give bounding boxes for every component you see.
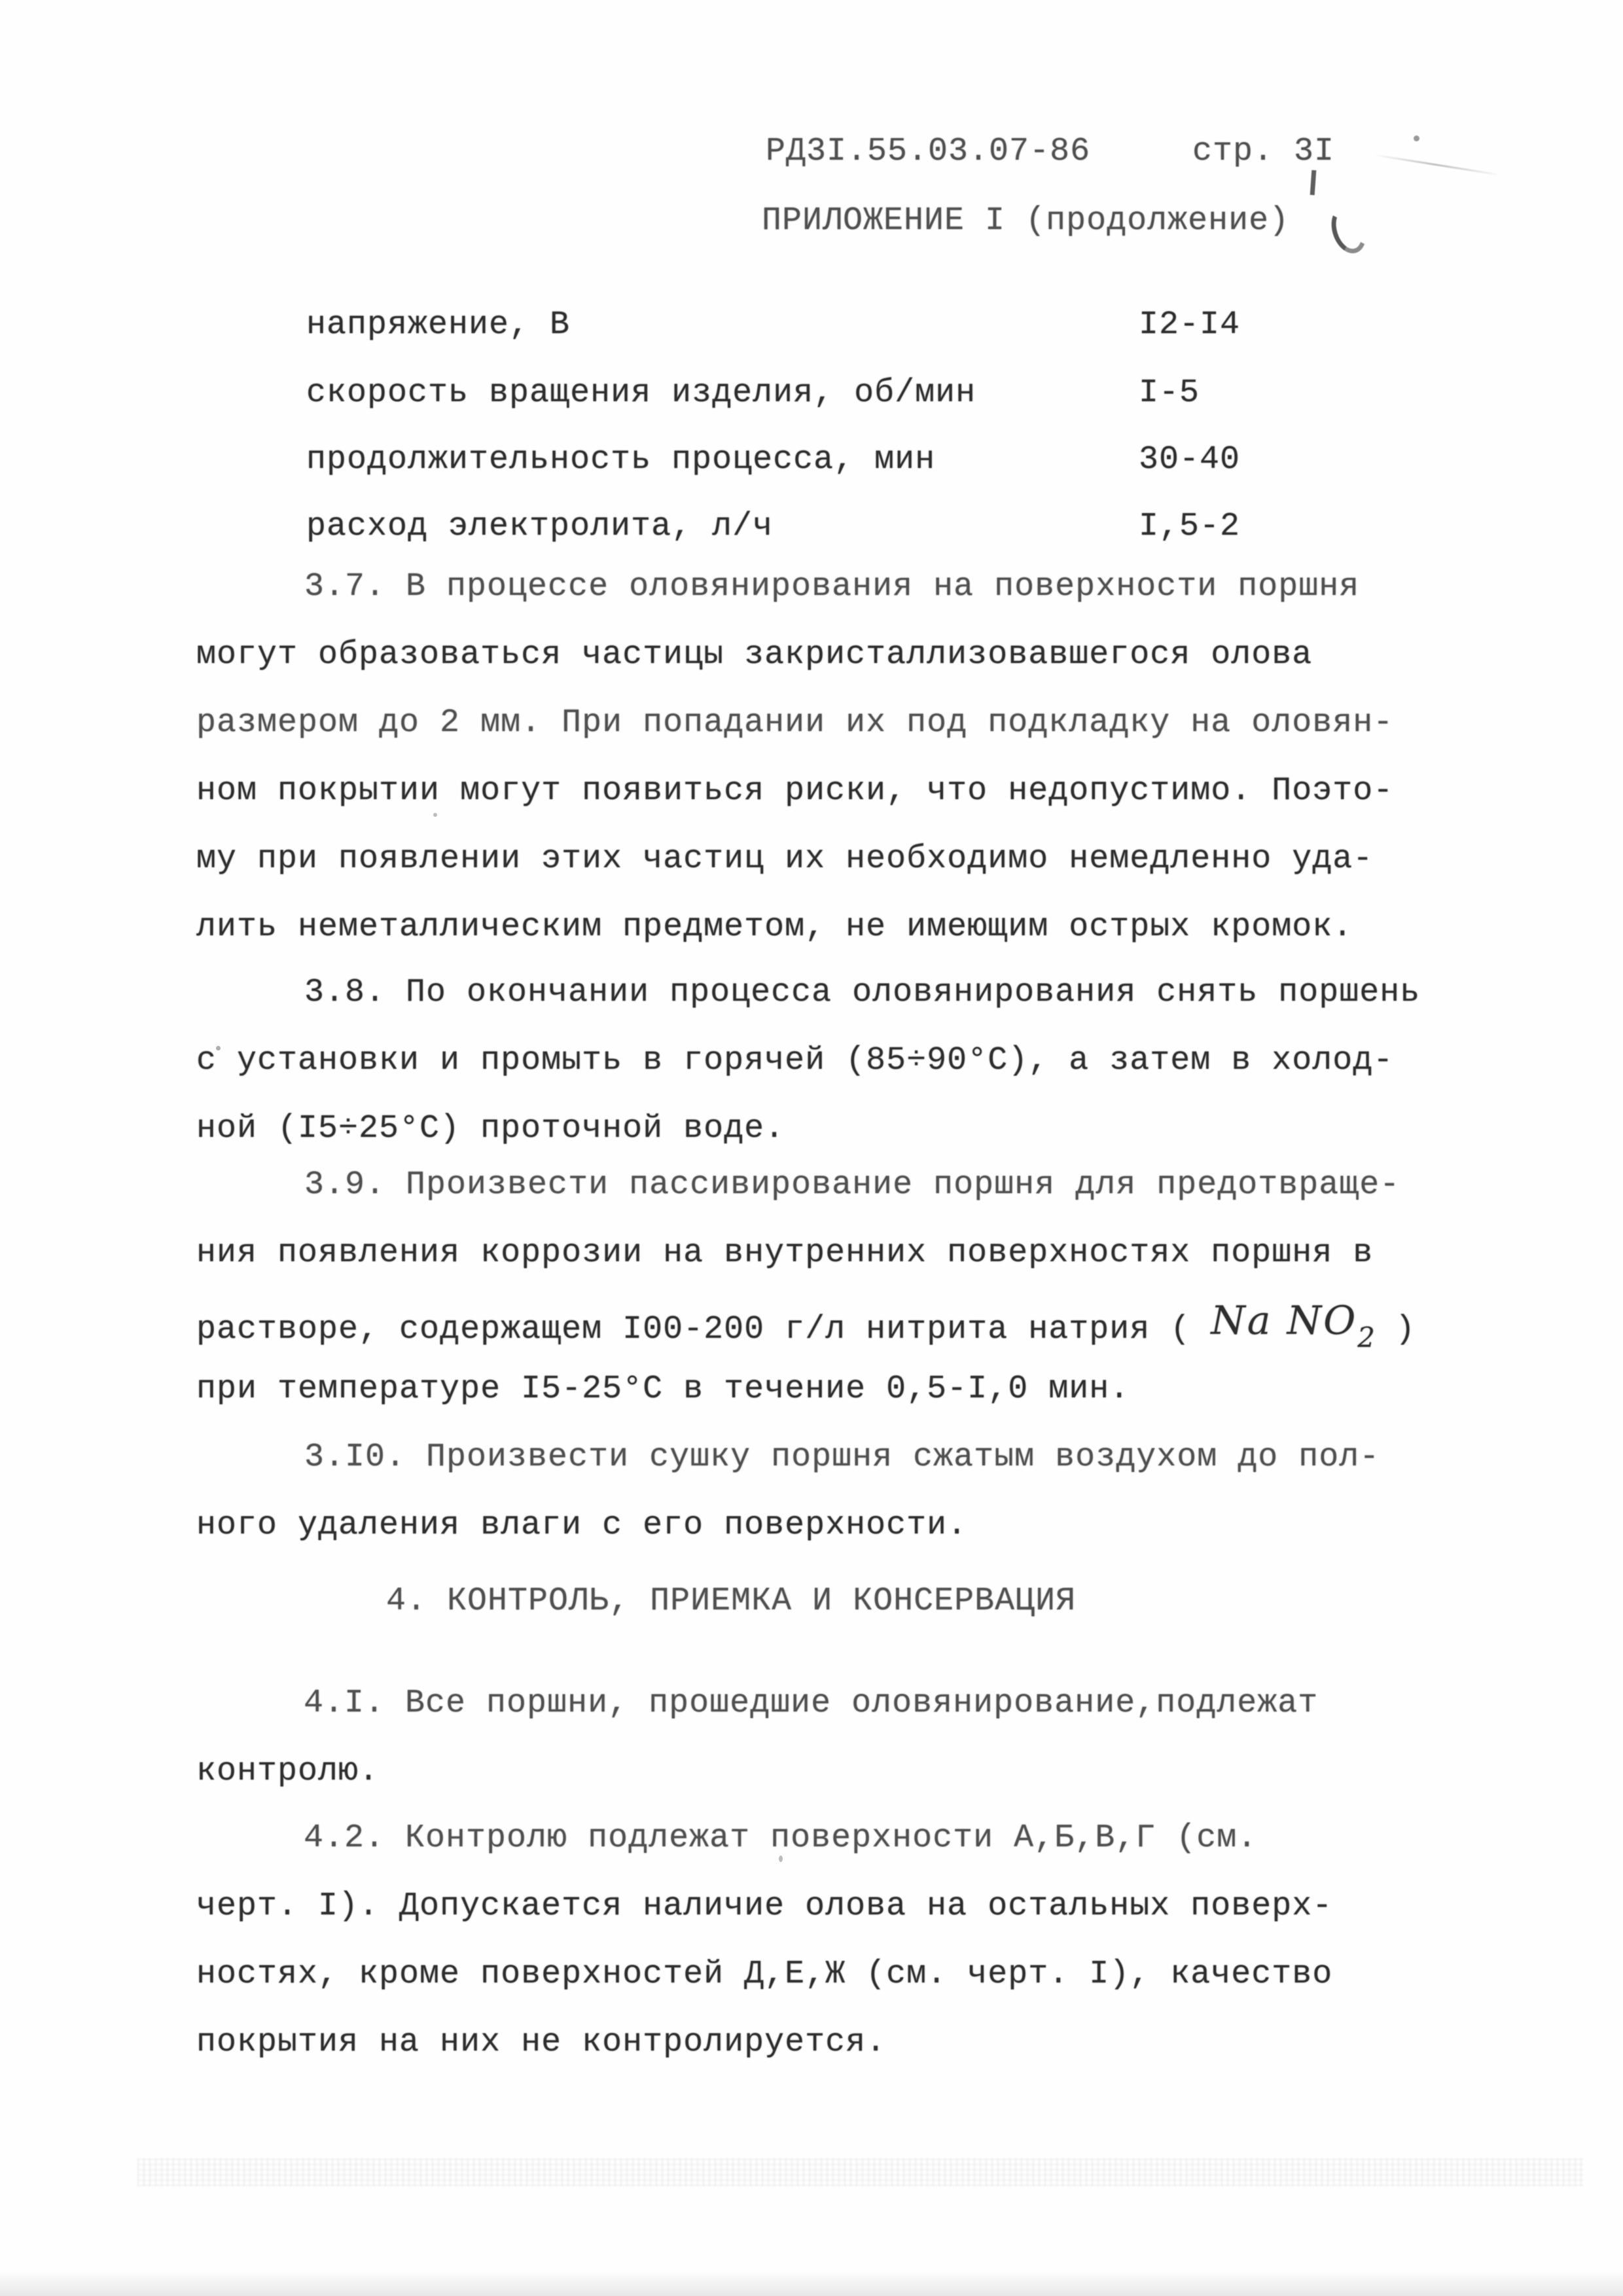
- para-3-8-line-2: с установки и промыть в горячей (85÷90°С…: [196, 1045, 1393, 1077]
- param-row-4-label: расход электролита, л/ч: [306, 511, 773, 543]
- para-3-7-line-6: лить неметаллическим предметом, не имеющ…: [196, 911, 1353, 944]
- scan-noise-band: [137, 2159, 1584, 2186]
- para-3-8-line-3: ной (I5÷25°С) проточной воде.: [196, 1113, 785, 1145]
- appendix-title: ПРИЛОЖЕНИЕ I (продолжение): [762, 205, 1289, 238]
- scanner-edge-shadow: [0, 2271, 1623, 2296]
- scan-artifact-speck: [433, 813, 437, 817]
- param-row-4-value: I,5-2: [1139, 511, 1240, 543]
- para-4-2-line-4: покрытия на них не контролируется.: [196, 2026, 886, 2059]
- para-4-2-line-3: ностях, кроме поверхностей Д,Е,Ж (см. че…: [196, 1958, 1332, 1991]
- para-4-1-line-1: 4.I. Все поршни, прошедшие оловянировани…: [304, 1687, 1318, 1720]
- para-3-9-line-3-text: растворе, содержащем I00-200 г/л нитрита…: [196, 1311, 1211, 1348]
- para-3-9-line-4: при температуре I5-25°С в течение 0,5-I,…: [196, 1373, 1130, 1406]
- formula-nano2-subscript: 2: [1357, 1321, 1375, 1354]
- doc-number: РД3I.55.03.07-86: [766, 135, 1090, 168]
- section-4-heading: 4. КОНТРОЛЬ, ПРИЕМКА И КОНСЕРВАЦИЯ: [386, 1585, 1076, 1618]
- para-3-7-line-3: размером до 2 мм. При попадании их под п…: [196, 707, 1393, 740]
- para-3-7-line-4: ном покрытии могут появиться риски, что …: [196, 775, 1393, 808]
- scan-artifact-speck: [779, 1856, 783, 1862]
- para-3-9-line-1: 3.9. Произвести пассивирование поршня дл…: [304, 1169, 1400, 1202]
- document-content: РД3I.55.03.07-86 стр. 3I ПРИЛОЖЕНИЕ I (п…: [0, 0, 1623, 2296]
- param-row-1-label: напряжение, В: [306, 309, 570, 342]
- para-4-2-line-1: 4.2. Контролю подлежат поверхности А,Б,В…: [304, 1822, 1257, 1855]
- scan-artifact-dot: [1414, 135, 1419, 141]
- para-3-8-line-1: 3.8. По окончании процесса оловянировани…: [304, 977, 1420, 1009]
- para-3-7-line-1: 3.7. В процессе оловянирования на поверх…: [304, 571, 1359, 603]
- para-3-9-line-3: растворе, содержащем I00-200 г/л нитрита…: [196, 1305, 1416, 1346]
- para-3-9-line-2: ния появления коррозии на внутренних пов…: [196, 1237, 1373, 1270]
- param-row-2-value: I-5: [1139, 377, 1200, 410]
- scan-artifact-speck: [216, 1046, 221, 1050]
- para-3-10-line-2: ного удаления влаги с его поверхности.: [196, 1509, 967, 1542]
- param-row-3-label: продолжительность процесса, мин: [306, 444, 935, 476]
- para-3-7-line-5: му при появлении этих частиц их необходи…: [196, 843, 1373, 876]
- para-4-2-line-2: черт. I). Допускается наличие олова на о…: [196, 1890, 1332, 1923]
- page-number: стр. 3I: [1192, 135, 1334, 168]
- para-3-10-line-1: 3.I0. Произвести сушку поршня сжатым воз…: [304, 1441, 1380, 1474]
- scanned-document-page: РД3I.55.03.07-86 стр. 3I ПРИЛОЖЕНИЕ I (п…: [0, 0, 1623, 2296]
- formula-nano2: Na NO: [1211, 1298, 1357, 1344]
- para-3-7-line-2: могут образоваться частицы закристаллизо…: [196, 639, 1312, 672]
- param-row-3-value: 30-40: [1139, 444, 1240, 476]
- param-row-1-value: I2-I4: [1139, 309, 1240, 342]
- para-4-1-line-2: контролю.: [196, 1755, 379, 1788]
- param-row-2-label: скорость вращения изделия, об/мин: [306, 377, 976, 410]
- formula-close-paren: ): [1375, 1311, 1416, 1348]
